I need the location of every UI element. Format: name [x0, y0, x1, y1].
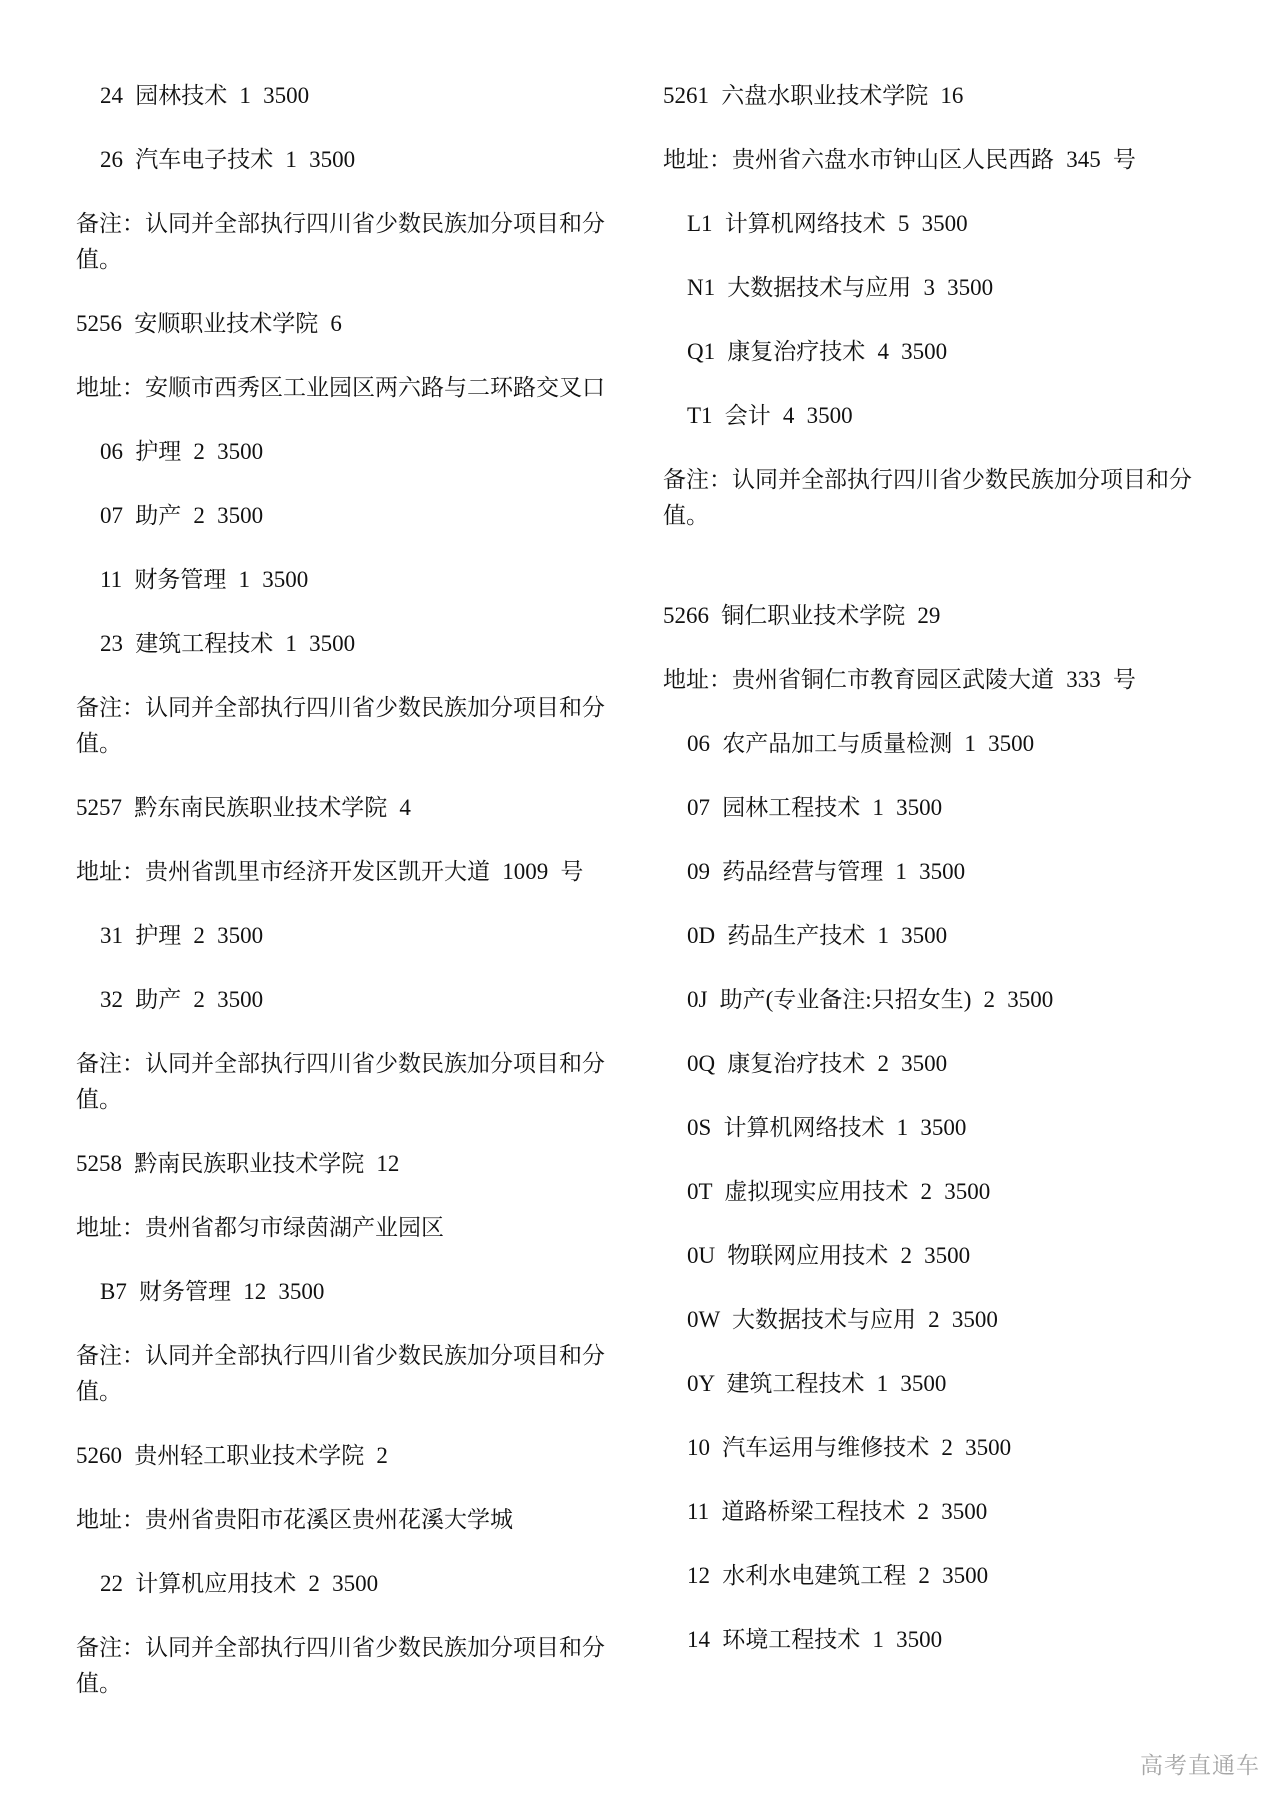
school-line: 5257 黔东南民族职业技术学院 4 [76, 790, 646, 826]
school-line: 5261 六盘水职业技术学院 16 [663, 78, 1233, 114]
major-line: 11 道路桥梁工程技术 2 3500 [663, 1494, 1233, 1530]
note-line: 备注：认同并全部执行四川省少数民族加分项目和分值。 [76, 1338, 646, 1410]
major-line: 0D 药品生产技术 1 3500 [663, 918, 1233, 954]
major-line: 12 水利水电建筑工程 2 3500 [663, 1558, 1233, 1594]
major-line: 31 护理 2 3500 [76, 918, 646, 954]
left-column: 24 园林技术 1 350026 汽车电子技术 1 3500备注：认同并全部执行… [76, 78, 646, 1730]
major-line: L1 计算机网络技术 5 3500 [663, 206, 1233, 242]
major-line: 0T 虚拟现实应用技术 2 3500 [663, 1174, 1233, 1210]
address-line: 地址：贵州省都匀市绿茵湖产业园区 [76, 1210, 646, 1246]
major-line: 11 财务管理 1 3500 [76, 562, 646, 598]
school-line: 5260 贵州轻工职业技术学院 2 [76, 1438, 646, 1474]
major-line: 14 环境工程技术 1 3500 [663, 1622, 1233, 1658]
major-line: 07 园林工程技术 1 3500 [663, 790, 1233, 826]
note-line: 备注：认同并全部执行四川省少数民族加分项目和分值。 [76, 1046, 646, 1118]
note-line: 备注：认同并全部执行四川省少数民族加分项目和分值。 [76, 206, 646, 278]
major-line: 06 农产品加工与质量检测 1 3500 [663, 726, 1233, 762]
major-line: T1 会计 4 3500 [663, 398, 1233, 434]
address-line: 地址：贵州省六盘水市钟山区人民西路 345 号 [663, 142, 1233, 178]
major-line: 0Q 康复治疗技术 2 3500 [663, 1046, 1233, 1082]
major-line: 0S 计算机网络技术 1 3500 [663, 1110, 1233, 1146]
major-line: 06 护理 2 3500 [76, 434, 646, 470]
watermark: 高考直通车 [1140, 1752, 1260, 1780]
address-line: 地址：贵州省贵阳市花溪区贵州花溪大学城 [76, 1502, 646, 1538]
document-page: 24 园林技术 1 350026 汽车电子技术 1 3500备注：认同并全部执行… [0, 0, 1280, 1810]
note-line: 备注：认同并全部执行四川省少数民族加分项目和分值。 [76, 1630, 646, 1702]
major-line: N1 大数据技术与应用 3 3500 [663, 270, 1233, 306]
major-line: 26 汽车电子技术 1 3500 [76, 142, 646, 178]
major-line: 10 汽车运用与维修技术 2 3500 [663, 1430, 1233, 1466]
school-line: 5258 黔南民族职业技术学院 12 [76, 1146, 646, 1182]
major-line: 0W 大数据技术与应用 2 3500 [663, 1302, 1233, 1338]
right-column: 5261 六盘水职业技术学院 16地址：贵州省六盘水市钟山区人民西路 345 号… [663, 78, 1233, 1686]
note-line: 备注：认同并全部执行四川省少数民族加分项目和分值。 [663, 462, 1233, 534]
major-line: 23 建筑工程技术 1 3500 [76, 626, 646, 662]
major-line: 32 助产 2 3500 [76, 982, 646, 1018]
address-line: 地址：贵州省凯里市经济开发区凯开大道 1009 号 [76, 854, 646, 890]
school-line: 5256 安顺职业技术学院 6 [76, 306, 646, 342]
major-line: 07 助产 2 3500 [76, 498, 646, 534]
major-line: B7 财务管理 12 3500 [76, 1274, 646, 1310]
major-line: 09 药品经营与管理 1 3500 [663, 854, 1233, 890]
school-line: 5266 铜仁职业技术学院 29 [663, 598, 1233, 634]
address-line: 地址：贵州省铜仁市教育园区武陵大道 333 号 [663, 662, 1233, 698]
major-line: 24 园林技术 1 3500 [76, 78, 646, 114]
major-line: 22 计算机应用技术 2 3500 [76, 1566, 646, 1602]
note-line: 备注：认同并全部执行四川省少数民族加分项目和分值。 [76, 690, 646, 762]
major-line: 0J 助产(专业备注:只招女生) 2 3500 [663, 982, 1233, 1018]
major-line: 0U 物联网应用技术 2 3500 [663, 1238, 1233, 1274]
address-line: 地址：安顺市西秀区工业园区两六路与二环路交叉口 [76, 370, 646, 406]
major-line: Q1 康复治疗技术 4 3500 [663, 334, 1233, 370]
major-line: 0Y 建筑工程技术 1 3500 [663, 1366, 1233, 1402]
